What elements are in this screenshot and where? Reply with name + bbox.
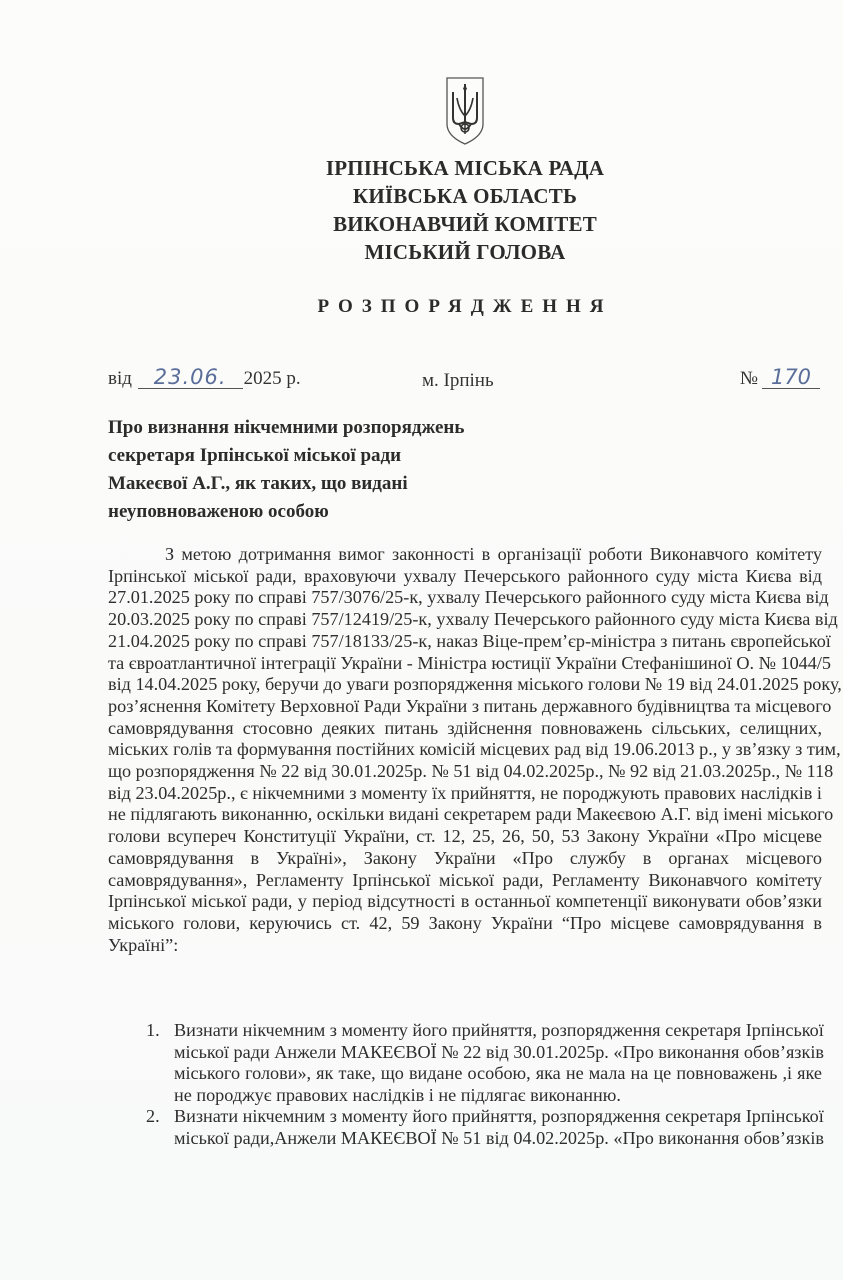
header-line-committee: ВИКОНАВЧИЙ КОМІТЕТ <box>0 210 843 238</box>
document-city: м. Ірпінь <box>422 370 494 392</box>
preamble-paragraph: З метою дотримання вимог законності в ор… <box>108 544 822 956</box>
subject-line: Про визнання нікчемними розпоряджень <box>108 414 528 442</box>
body-line: самоврядування в Україні», Закону Україн… <box>108 848 822 870</box>
list-item-line: міської ради Анжели МАКЕЄВОЇ № 22 від 30… <box>174 1042 822 1064</box>
trident-emblem-icon <box>444 76 486 146</box>
list-item: 1. Визнати нікчемним з моменту його прий… <box>146 1020 822 1106</box>
date-suffix: 2025 р. <box>244 368 301 389</box>
date-prefix: від <box>108 368 132 389</box>
document-page: ІРПІНСЬКА МІСЬКА РАДА КИЇВСЬКА ОБЛАСТЬ В… <box>0 0 843 1280</box>
decision-list: 1. Визнати нікчемним з моменту його прий… <box>146 1020 822 1150</box>
body-line: що розпорядження № 22 від 30.01.2025р. №… <box>108 761 822 783</box>
body-line: роз’яснення Комітету Верховної Ради Укра… <box>108 696 822 718</box>
list-item-number: 1. <box>146 1020 160 1042</box>
document-meta-row: від 23.06.2025 р. м. Ірпінь №170 <box>108 362 820 392</box>
list-item-line: Визнати нікчемним з моменту його прийнят… <box>174 1106 822 1128</box>
body-line: від 14.04.2025 року, беручи до уваги роз… <box>108 674 822 696</box>
issuer-header: ІРПІНСЬКА МІСЬКА РАДА КИЇВСЬКА ОБЛАСТЬ В… <box>0 154 843 266</box>
subject-line: Макеєвої А.Г., як таких, що видані <box>108 470 528 498</box>
body-line: міського голови, керуючись ст. 42, 59 За… <box>108 913 822 935</box>
document-subject: Про визнання нікчемними розпоряджень сек… <box>108 414 528 526</box>
body-line: самоврядування стосовно деяких питань зд… <box>108 718 822 740</box>
handwritten-date: 23.06. <box>138 366 243 389</box>
header-line-region: КИЇВСЬКА ОБЛАСТЬ <box>0 182 843 210</box>
subject-line: неуповноваженою особою <box>108 498 528 526</box>
body-line: від 23.04.2025р., є нікчемними з моменту… <box>108 783 822 805</box>
list-item-line: Визнати нікчемним з моменту його прийнят… <box>174 1020 822 1042</box>
body-line: З метою дотримання вимог законності в ор… <box>108 544 822 566</box>
body-line: голови всупереч Конституції України, ст.… <box>108 826 822 848</box>
list-item-line: міського голови», як таке, що видане осо… <box>174 1063 822 1085</box>
body-line: Україні”: <box>108 935 822 957</box>
body-line: 27.01.2025 року по справі 757/3076/25-к,… <box>108 587 822 609</box>
document-date: від 23.06.2025 р. <box>108 366 301 390</box>
number-prefix: № <box>740 368 758 389</box>
subject-line: секретаря Ірпінської міської ради <box>108 442 528 470</box>
body-line: Ірпінської міської ради, враховуючи ухва… <box>108 566 822 588</box>
list-item-number: 2. <box>146 1106 160 1128</box>
header-line-mayor: МІСЬКИЙ ГОЛОВА <box>0 238 843 266</box>
body-line: 21.04.2025 року по справі 757/18133/25-к… <box>108 631 822 653</box>
list-item-line: міської ради,Анжели МАКЕЄВОЇ № 51 від 04… <box>174 1128 822 1150</box>
body-line: не підлягають виконанню, оскільки видані… <box>108 804 822 826</box>
document-type-title: РОЗПОРЯДЖЕННЯ <box>0 296 843 318</box>
body-line: 20.03.2025 року по справі 757/12419/25-к… <box>108 609 822 631</box>
document-number: №170 <box>740 366 820 390</box>
body-line: Ірпінської міської ради, у період відсут… <box>108 891 822 913</box>
body-line: міських голів та формування постійних ко… <box>108 739 822 761</box>
list-item-line: не породжує правових наслідків і не підл… <box>174 1085 822 1107</box>
header-line-council: ІРПІНСЬКА МІСЬКА РАДА <box>0 154 843 182</box>
body-line: та євроатлантичної інтеграції України - … <box>108 653 822 675</box>
list-item: 2. Визнати нікчемним з моменту його прий… <box>146 1106 822 1149</box>
body-line: самоврядування», Регламенту Ірпінської м… <box>108 870 822 892</box>
handwritten-number: 170 <box>762 366 820 389</box>
